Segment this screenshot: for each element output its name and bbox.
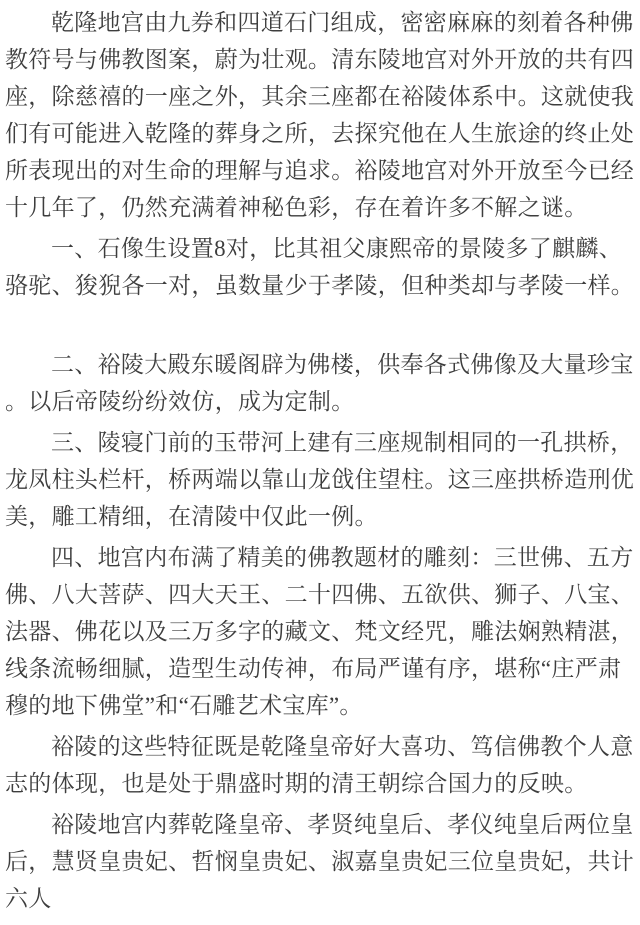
text-line: 一、石像生设置8对，比其祖父康熙帝的景陵多了麒麟、 <box>5 230 636 267</box>
text-line: 十几年了，仍然充满着神秘色彩，存在着许多不解之谜。 <box>5 189 636 226</box>
paragraph: 裕陵地宫内葬乾隆皇帝、孝贤纯皇后、孝仪纯皇后两位皇后，慧贤皇贵妃、哲悯皇贵妃、淑… <box>5 806 636 917</box>
paragraph: 四、地宫内布满了精美的佛教题材的雕刻：三世佛、五方佛、八大菩萨、四大天王、二十四… <box>5 539 636 724</box>
text-line: 志的体现，也是处于鼎盛时期的清王朝综合国力的反映。 <box>5 765 636 802</box>
text-line: 们有可能进入乾隆的葬身之所，去探究他在人生旅途的终止处 <box>5 115 636 152</box>
text-line: 所表现出的对生命的理解与追求。裕陵地宫对外开放至今已经 <box>5 152 636 189</box>
text-line: 四、地宫内布满了精美的佛教题材的雕刻：三世佛、五方 <box>5 539 636 576</box>
paragraph: 二、裕陵大殿东暖阁辟为佛楼，供奉各式佛像及大量珍宝。以后帝陵纷纷效仿，成为定制。 <box>5 346 636 420</box>
text-line: 法器、佛花以及三万多字的藏文、梵文经咒，雕法娴熟精湛， <box>5 613 636 650</box>
text-line: 三、陵寝门前的玉带河上建有三座规制相同的一孔拱桥， <box>5 424 636 461</box>
text-line: 线条流畅细腻，造型生动传神，布局严谨有序，堪称“庄严肃 <box>5 650 636 687</box>
document-body: 乾隆地宫由九券和四道石门组成，密密麻麻的刻着各种佛教符号与佛教图案，蔚为壮观。清… <box>5 4 636 917</box>
text-line: 美，雕工精细，在清陵中仅此一例。 <box>5 498 636 535</box>
paragraph: 裕陵的这些特征既是乾隆皇帝好大喜功、笃信佛教个人意志的体现，也是处于鼎盛时期的清… <box>5 728 636 802</box>
paragraph: 乾隆地宫由九券和四道石门组成，密密麻麻的刻着各种佛教符号与佛教图案，蔚为壮观。清… <box>5 4 636 226</box>
text-line: 穆的地下佛堂”和“石雕艺术宝库”。 <box>5 687 636 724</box>
text-line: 。以后帝陵纷纷效仿，成为定制。 <box>5 383 636 420</box>
text-line: 座，除慈禧的一座之外，其余三座都在裕陵体系中。这就使我 <box>5 78 636 115</box>
text-line: 龙凤柱头栏杆，桥两端以靠山龙戗住望柱。这三座拱桥造刑优 <box>5 461 636 498</box>
text-line: 骆驼、狻猊各一对，虽数量少于孝陵，但种类却与孝陵一样。 <box>5 267 636 304</box>
text-line: 教符号与佛教图案，蔚为壮观。清东陵地宫对外开放的共有四 <box>5 41 636 78</box>
text-line: 后，慧贤皇贵妃、哲悯皇贵妃、淑嘉皇贵妃三位皇贵妃，共计 <box>5 843 636 880</box>
text-line: 六人 <box>5 880 636 917</box>
paragraph: 一、石像生设置8对，比其祖父康熙帝的景陵多了麒麟、骆驼、狻猊各一对，虽数量少于孝… <box>5 230 636 304</box>
paragraph: 三、陵寝门前的玉带河上建有三座规制相同的一孔拱桥，龙凤柱头栏杆，桥两端以靠山龙戗… <box>5 424 636 535</box>
text-line: 裕陵地宫内葬乾隆皇帝、孝贤纯皇后、孝仪纯皇后两位皇 <box>5 806 636 843</box>
document-page: 乾隆地宫由九券和四道石门组成，密密麻麻的刻着各种佛教符号与佛教图案，蔚为壮观。清… <box>0 0 640 925</box>
text-line: 乾隆地宫由九券和四道石门组成，密密麻麻的刻着各种佛 <box>5 4 636 41</box>
text-line: 佛、八大菩萨、四大天王、二十四佛、五欲供、狮子、八宝、 <box>5 576 636 613</box>
text-line: 裕陵的这些特征既是乾隆皇帝好大喜功、笃信佛教个人意 <box>5 728 636 765</box>
text-line: 二、裕陵大殿东暖阁辟为佛楼，供奉各式佛像及大量珍宝 <box>5 346 636 383</box>
